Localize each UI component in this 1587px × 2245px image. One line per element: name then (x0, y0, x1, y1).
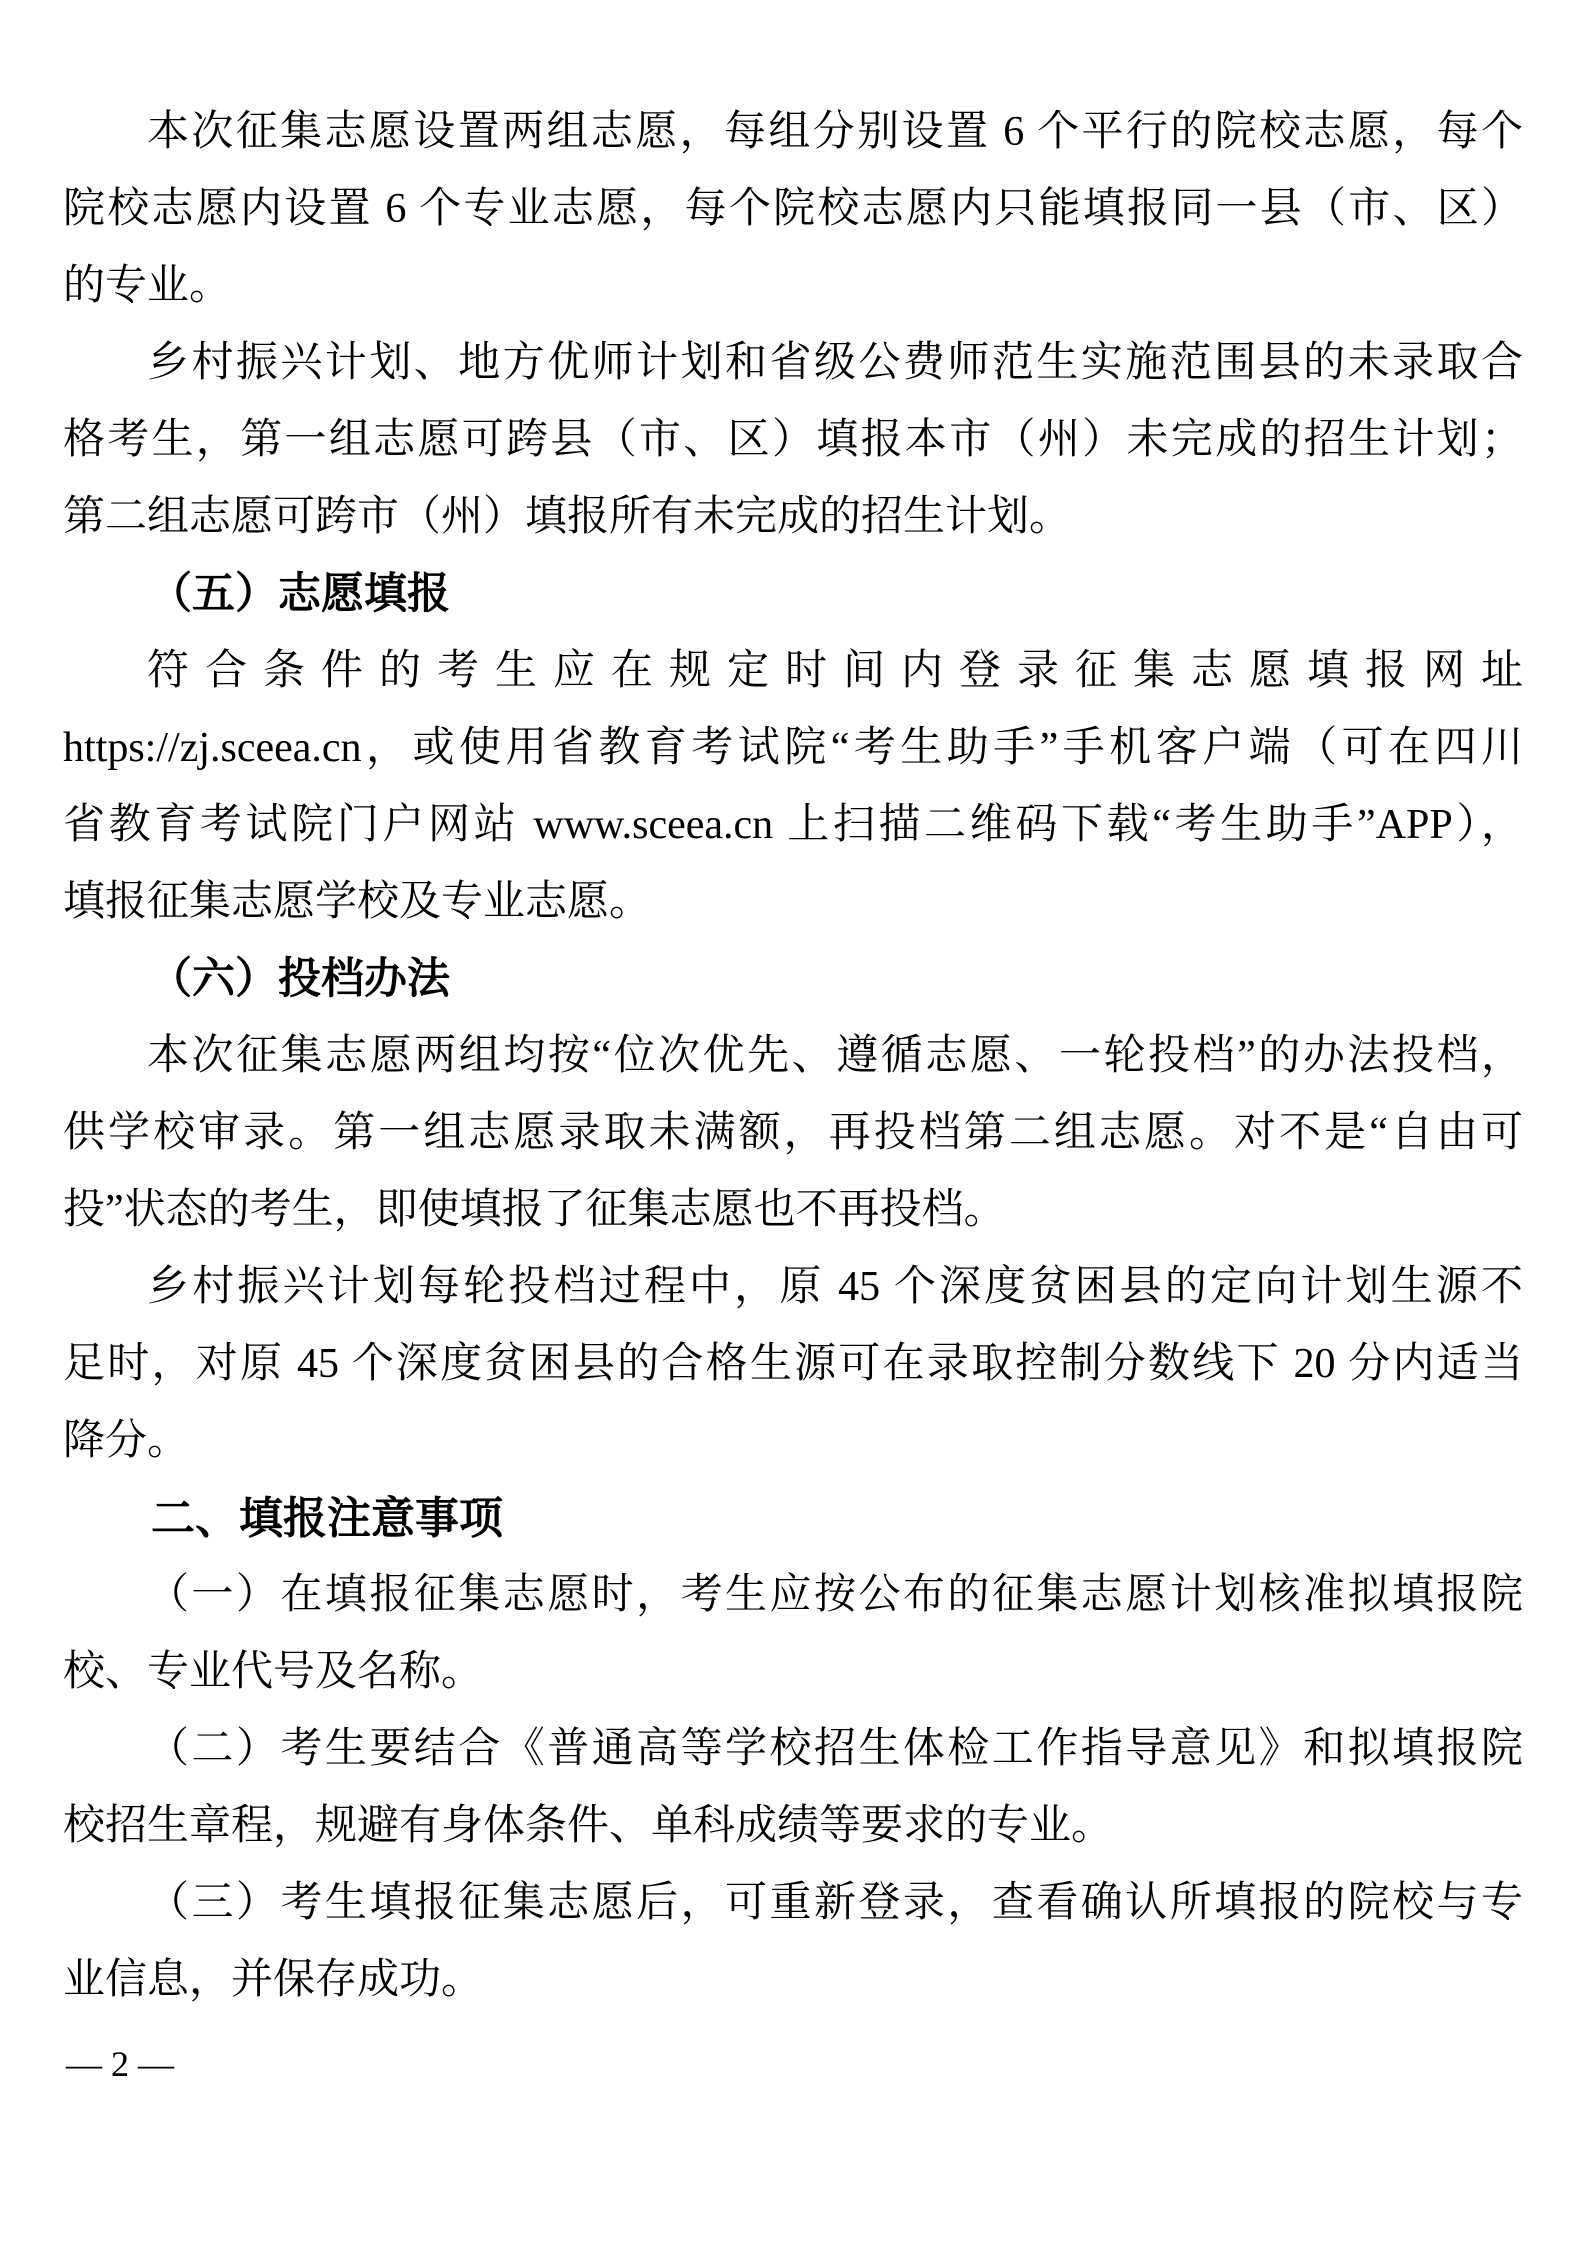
paragraph: 本次征集志愿两组均按“位次优先、遵循志愿、一轮投档”的办法投档，供学校审录。第一… (63, 1018, 1523, 1249)
text-line: 院校志愿内设置 6 个专业志愿，每个院校志愿内只能填报同一县（市、区） (63, 171, 1523, 248)
text-line: （六）投档办法 (63, 941, 1523, 1018)
paragraph: （二）考生要结合《普通高等学校招生体检工作指导意见》和拟填报院校招生章程，规避有… (63, 1711, 1523, 1865)
text-line: 第二组志愿可跨市（州）填报所有未完成的招生计划。 (63, 479, 1523, 556)
text-line: 乡村振兴计划每轮投档过程中，原 45 个深度贫困县的定向计划生源不 (63, 1249, 1523, 1326)
paragraph: 乡村振兴计划、地方优师计划和省级公费师范生实施范围县的未录取合格考生，第一组志愿… (63, 325, 1523, 556)
text-line: 业信息，并保存成功。 (63, 1942, 1523, 2019)
text-line: 的专业。 (63, 248, 1523, 325)
paragraph: （三）考生填报征集志愿后，可重新登录，查看确认所填报的院校与专业信息，并保存成功… (63, 1865, 1523, 2019)
text-line: 符合条件的考生应在规定时间内登录征集志愿填报网址 (63, 633, 1523, 710)
paragraph: （一）在填报征集志愿时，考生应按公布的征集志愿计划核准拟填报院校、专业代号及名称… (63, 1557, 1523, 1711)
document-body: 本次征集志愿设置两组志愿，每组分别设置 6 个平行的院校志愿，每个院校志愿内设置… (63, 94, 1523, 2019)
text-line: 校招生章程，规避有身体条件、单科成绩等要求的专业。 (63, 1788, 1523, 1865)
paragraph: 乡村振兴计划每轮投档过程中，原 45 个深度贫困县的定向计划生源不足时，对原 4… (63, 1249, 1523, 1480)
text-line: 足时，对原 45 个深度贫困县的合格生源可在录取控制分数线下 20 分内适当 (63, 1326, 1523, 1403)
text-line: （三）考生填报征集志愿后，可重新登录，查看确认所填报的院校与专 (63, 1865, 1523, 1942)
section-heading: （六）投档办法 (63, 941, 1523, 1018)
text-line: https://zj.sceea.cn，或使用省教育考试院“考生助手”手机客户端… (63, 710, 1523, 787)
text-line: 本次征集志愿两组均按“位次优先、遵循志愿、一轮投档”的办法投档， (63, 1018, 1523, 1095)
text-line: 校、专业代号及名称。 (63, 1634, 1523, 1711)
text-line: 格考生，第一组志愿可跨县（市、区）填报本市（州）未完成的招生计划； (63, 402, 1523, 479)
text-line: 降分。 (63, 1403, 1523, 1480)
text-line: （五）志愿填报 (63, 556, 1523, 633)
text-line: （二）考生要结合《普通高等学校招生体检工作指导意见》和拟填报院 (63, 1711, 1523, 1788)
section-heading: （五）志愿填报 (63, 556, 1523, 633)
text-line: 投”状态的考生，即使填报了征集志愿也不再投档。 (63, 1172, 1523, 1249)
page-number: — 2 — (66, 2042, 174, 2086)
section-heading: 二、填报注意事项 (63, 1480, 1523, 1557)
paragraph: 符合条件的考生应在规定时间内登录征集志愿填报网址https://zj.sceea… (63, 633, 1523, 941)
text-line: 乡村振兴计划、地方优师计划和省级公费师范生实施范围县的未录取合 (63, 325, 1523, 402)
text-line: 二、填报注意事项 (63, 1480, 1523, 1557)
paragraph: 本次征集志愿设置两组志愿，每组分别设置 6 个平行的院校志愿，每个院校志愿内设置… (63, 94, 1523, 325)
text-line: 本次征集志愿设置两组志愿，每组分别设置 6 个平行的院校志愿，每个 (63, 94, 1523, 171)
text-line: 供学校审录。第一组志愿录取未满额，再投档第二组志愿。对不是“自由可 (63, 1095, 1523, 1172)
text-line: 填报征集志愿学校及专业志愿。 (63, 864, 1523, 941)
text-line: （一）在填报征集志愿时，考生应按公布的征集志愿计划核准拟填报院 (63, 1557, 1523, 1634)
document-page: 本次征集志愿设置两组志愿，每组分别设置 6 个平行的院校志愿，每个院校志愿内设置… (0, 0, 1587, 2245)
text-line: 省教育考试院门户网站 www.sceea.cn 上扫描二维码下载“考生助手”AP… (63, 787, 1523, 864)
